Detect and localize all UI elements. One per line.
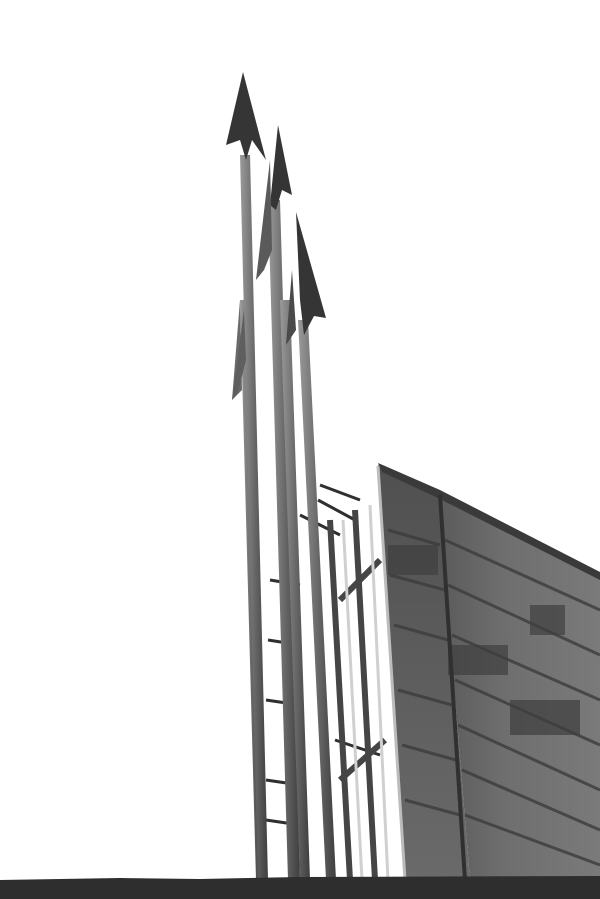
photograph bbox=[0, 0, 600, 899]
ground-strip bbox=[0, 876, 600, 899]
